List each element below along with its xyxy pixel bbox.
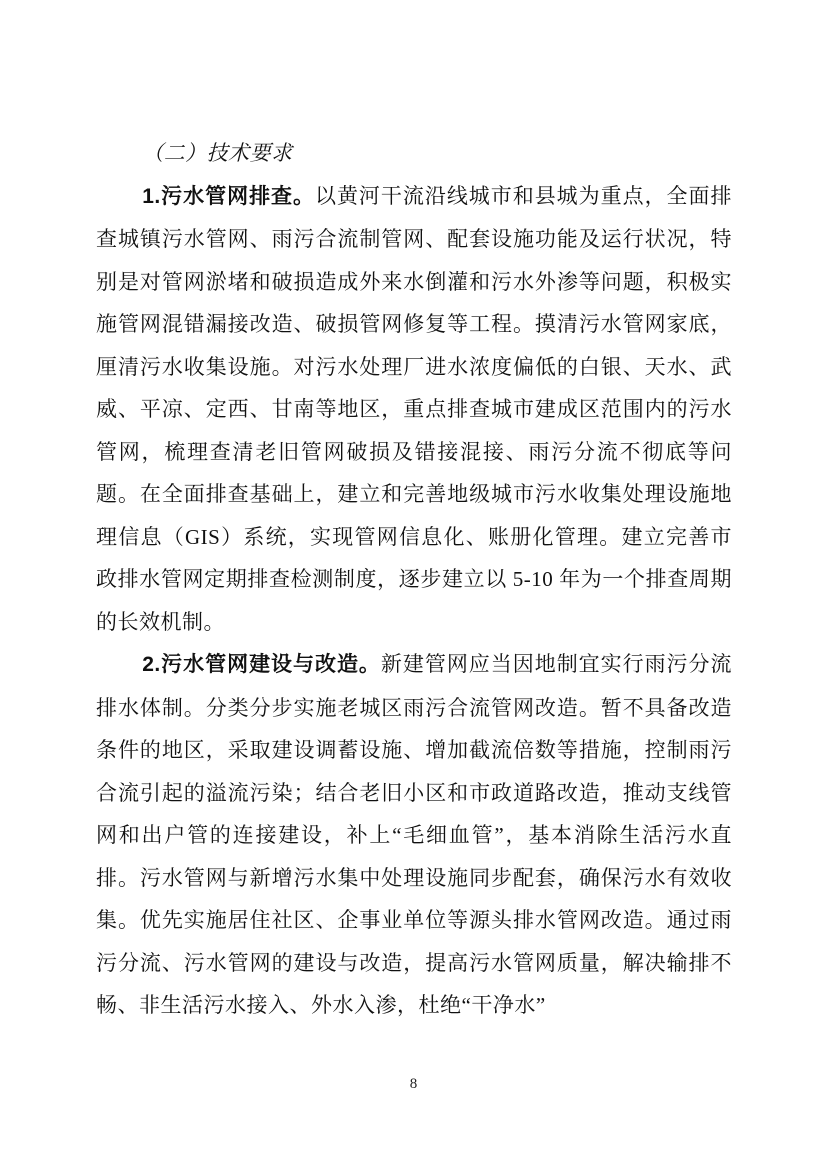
section-heading: （二）技术要求 (96, 132, 732, 175)
paragraph-1-text: 以黄河干流沿线城市和县城为重点，全面排查城镇污水管网、雨污合流制管网、配套设施功… (96, 184, 732, 634)
paragraph-sewage-network-inspection: 1.污水管网排查。以黄河干流沿线城市和县城为重点，全面排查城镇污水管网、雨污合流… (96, 175, 732, 644)
paragraph-2-lead: 2.污水管网建设与改造。 (142, 653, 381, 676)
document-page: （二）技术要求 1.污水管网排查。以黄河干流沿线城市和县城为重点，全面排查城镇污… (0, 0, 827, 1169)
document-body: （二）技术要求 1.污水管网排查。以黄河干流沿线城市和县城为重点，全面排查城镇污… (96, 132, 732, 1027)
paragraph-2-text: 新建管网应当因地制宜实行雨污分流排水体制。分类分步实施老城区雨污合流管网改造。暂… (96, 652, 732, 1017)
page-number: 8 (0, 1074, 827, 1094)
paragraph-sewage-network-construction: 2.污水管网建设与改造。新建管网应当因地制宜实行雨污分流排水体制。分类分步实施老… (96, 643, 732, 1027)
paragraph-1-lead: 1.污水管网排查。 (142, 185, 315, 208)
